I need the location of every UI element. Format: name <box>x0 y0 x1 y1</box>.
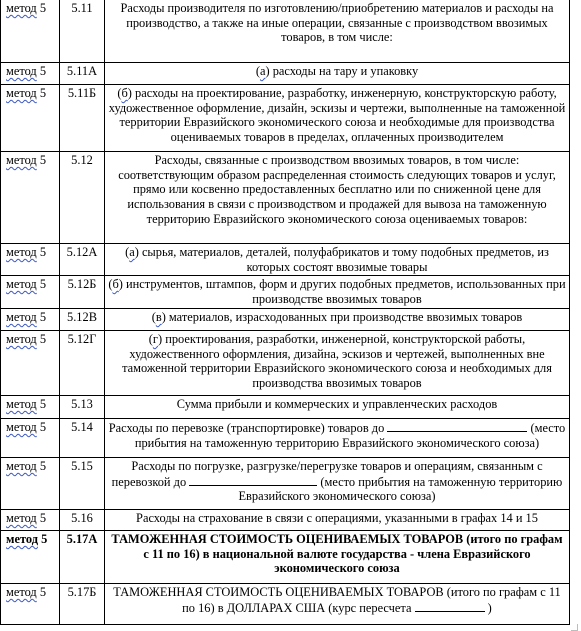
table-row: метод 55.11Расходы производителя по изго… <box>1 0 570 63</box>
fill-in-blank[interactable] <box>387 420 527 432</box>
item-code-cell: 5.13 <box>60 396 105 419</box>
description-cell: (а) сырья, материалов, деталей, полуфабр… <box>105 244 570 276</box>
method-cell: метод 5 <box>1 458 60 510</box>
method-number: 5 <box>40 332 46 346</box>
method-number: 5 <box>40 310 46 324</box>
description-text: Расходы, связанные с производством ввози… <box>118 153 556 226</box>
description-text: расходы на тару и упаковку <box>273 64 418 78</box>
item-letter: в <box>156 310 162 324</box>
item-letter: б <box>112 277 118 291</box>
description-cell: (б) расходы на проектирование, разработк… <box>105 85 570 152</box>
table-row: метод 55.13Сумма прибыли и коммерческих … <box>1 396 570 419</box>
description-text: материалов, израсходованных при производ… <box>169 310 522 324</box>
description-text-after: ) <box>488 601 492 615</box>
method-word: метод <box>6 459 37 473</box>
description-cell: (б) инструментов, штампов, форм и других… <box>105 276 570 309</box>
method-number: 5 <box>40 459 46 473</box>
method-cell: метод 5 <box>1 531 60 584</box>
description-text: проектирования, разработки, инженерной, … <box>122 332 552 390</box>
description-cell: Расходы, связанные с производством ввози… <box>105 152 570 244</box>
method-word: метод <box>6 86 37 100</box>
method-word: метод <box>6 277 37 291</box>
method-cell: метод 5 <box>1 63 60 85</box>
description-cell: Расходы производителя по изготовлению/пр… <box>105 0 570 63</box>
description-cell: Расходы на страхование в связи с операци… <box>105 510 570 531</box>
item-code-cell: 5.12А <box>60 244 105 276</box>
description-text: Расходы на страхование в связи с операци… <box>136 511 538 525</box>
table-row: метод 55.11А(а) расходы на тару и упаков… <box>1 63 570 85</box>
table-row: метод 55.17БТАМОЖЕННАЯ СТОИМОСТЬ ОЦЕНИВА… <box>1 584 570 625</box>
description-text-before: Расходы по перевозке (транспортировке) т… <box>109 421 385 435</box>
method-number: 5 <box>40 511 46 525</box>
method-cell: метод 5 <box>1 85 60 152</box>
method-word: метод <box>6 310 37 324</box>
item-code: 5.13 <box>71 397 93 411</box>
method-word: метод <box>6 585 37 599</box>
item-code-cell: 5.12Г <box>60 331 105 396</box>
item-code: 5.11А <box>67 64 97 78</box>
description-cell: (в) материалов, израсходованных при прои… <box>105 309 570 331</box>
item-code-cell: 5.11Б <box>60 85 105 152</box>
description-text: инструментов, штампов, форм и других под… <box>126 277 566 306</box>
method-cell: метод 5 <box>1 419 60 458</box>
method-number: 5 <box>40 153 46 167</box>
table-row: метод 55.12Расходы, связанные с производ… <box>1 152 570 244</box>
item-code-cell: 5.14 <box>60 419 105 458</box>
description-cell: Сумма прибыли и коммерческих и управленч… <box>105 396 570 419</box>
method-number: 5 <box>40 585 46 599</box>
item-code-cell: 5.16 <box>60 510 105 531</box>
table-row: метод 55.16Расходы на страхование в связ… <box>1 510 570 531</box>
item-code: 5.12Б <box>68 277 97 291</box>
item-code: 5.14 <box>71 420 93 434</box>
method-number: 5 <box>40 277 46 291</box>
description-text: сырья, материалов, деталей, полуфабрикат… <box>142 245 549 274</box>
method-word: метод <box>6 511 37 525</box>
item-code: 5.12А <box>67 245 98 259</box>
table-row: метод 55.14Расходы по перевозке (транспо… <box>1 419 570 458</box>
method-number: 5 <box>41 532 47 546</box>
method-word: метод <box>6 397 37 411</box>
table-row: метод 55.17АТАМОЖЕННАЯ СТОИМОСТЬ ОЦЕНИВА… <box>1 531 570 584</box>
item-letter: б <box>121 86 127 100</box>
method-word: метод <box>6 153 37 167</box>
description-text: ТАМОЖЕННАЯ СТОИМОСТЬ ОЦЕНИВАЕМЫХ ТОВАРОВ… <box>111 532 562 575</box>
description-text-before: ТАМОЖЕННАЯ СТОИМОСТЬ ОЦЕНИВАЕМЫХ ТОВАРОВ… <box>113 585 561 615</box>
item-code-cell: 5.11А <box>60 63 105 85</box>
method-number: 5 <box>40 86 46 100</box>
table-row: метод 55.15Расходы по погрузке, разгрузк… <box>1 458 570 510</box>
method-word: метод <box>6 532 38 546</box>
item-letter: а <box>129 245 135 259</box>
item-code-cell: 5.15 <box>60 458 105 510</box>
description-cell: Расходы по перевозке (транспортировке) т… <box>105 419 570 458</box>
fill-in-blank[interactable] <box>415 600 485 612</box>
method-cell: метод 5 <box>1 584 60 625</box>
method-number: 5 <box>40 245 46 259</box>
item-code: 5.15 <box>71 459 93 473</box>
method-number: 5 <box>40 64 46 78</box>
customs-value-table: метод 55.11Расходы производителя по изго… <box>0 0 570 625</box>
item-code: 5.12В <box>67 310 97 324</box>
method-cell: метод 5 <box>1 331 60 396</box>
item-code: 5.12Г <box>68 332 97 346</box>
fill-in-blank[interactable] <box>189 474 317 486</box>
method-word: метод <box>6 420 37 434</box>
item-letter: а <box>260 64 266 78</box>
method-cell: метод 5 <box>1 0 60 63</box>
item-code-cell: 5.17Б <box>60 584 105 625</box>
method-cell: метод 5 <box>1 309 60 331</box>
description-text: Расходы производителя по изготовлению/пр… <box>121 1 554 44</box>
method-cell: метод 5 <box>1 510 60 531</box>
table-row: метод 55.12Г(г) проектирования, разработ… <box>1 331 570 396</box>
method-number: 5 <box>40 397 46 411</box>
method-number: 5 <box>40 1 46 15</box>
item-code-cell: 5.11 <box>60 0 105 63</box>
method-word: метод <box>6 332 37 346</box>
item-code: 5.12 <box>71 153 93 167</box>
description-cell: (г) проектирования, разработки, инженерн… <box>105 331 570 396</box>
item-code-cell: 5.12 <box>60 152 105 244</box>
description-text: расходы на проектирование, разработку, и… <box>109 86 566 144</box>
item-code: 5.17А <box>67 532 98 546</box>
table-row: метод 55.12В(в) материалов, израсходован… <box>1 309 570 331</box>
method-cell: метод 5 <box>1 396 60 419</box>
item-code-cell: 5.12В <box>60 309 105 331</box>
item-code-cell: 5.17А <box>60 531 105 584</box>
method-cell: метод 5 <box>1 276 60 309</box>
item-code: 5.16 <box>71 511 93 525</box>
item-code: 5.11 <box>71 1 92 15</box>
method-cell: метод 5 <box>1 244 60 276</box>
item-letter: г <box>153 332 158 346</box>
item-code: 5.17Б <box>68 585 97 599</box>
method-word: метод <box>6 64 37 78</box>
description-cell: (а) расходы на тару и упаковку <box>105 63 570 85</box>
description-cell: ТАМОЖЕННАЯ СТОИМОСТЬ ОЦЕНИВАЕМЫХ ТОВАРОВ… <box>105 584 570 625</box>
description-cell: ТАМОЖЕННАЯ СТОИМОСТЬ ОЦЕНИВАЕМЫХ ТОВАРОВ… <box>105 531 570 584</box>
table-row: метод 55.11Б(б) расходы на проектировани… <box>1 85 570 152</box>
description-cell: Расходы по погрузке, разгрузке/перегрузк… <box>105 458 570 510</box>
item-code-cell: 5.12Б <box>60 276 105 309</box>
table-resize-handle[interactable] <box>571 624 578 631</box>
method-word: метод <box>6 1 37 15</box>
item-code: 5.11Б <box>68 86 96 100</box>
table-row: метод 55.12Б(б) инструментов, штампов, ф… <box>1 276 570 309</box>
method-number: 5 <box>40 420 46 434</box>
table-row: метод 55.12А(а) сырья, материалов, детал… <box>1 244 570 276</box>
description-text: Сумма прибыли и коммерческих и управленч… <box>177 397 498 411</box>
method-cell: метод 5 <box>1 152 60 244</box>
method-word: метод <box>6 245 37 259</box>
